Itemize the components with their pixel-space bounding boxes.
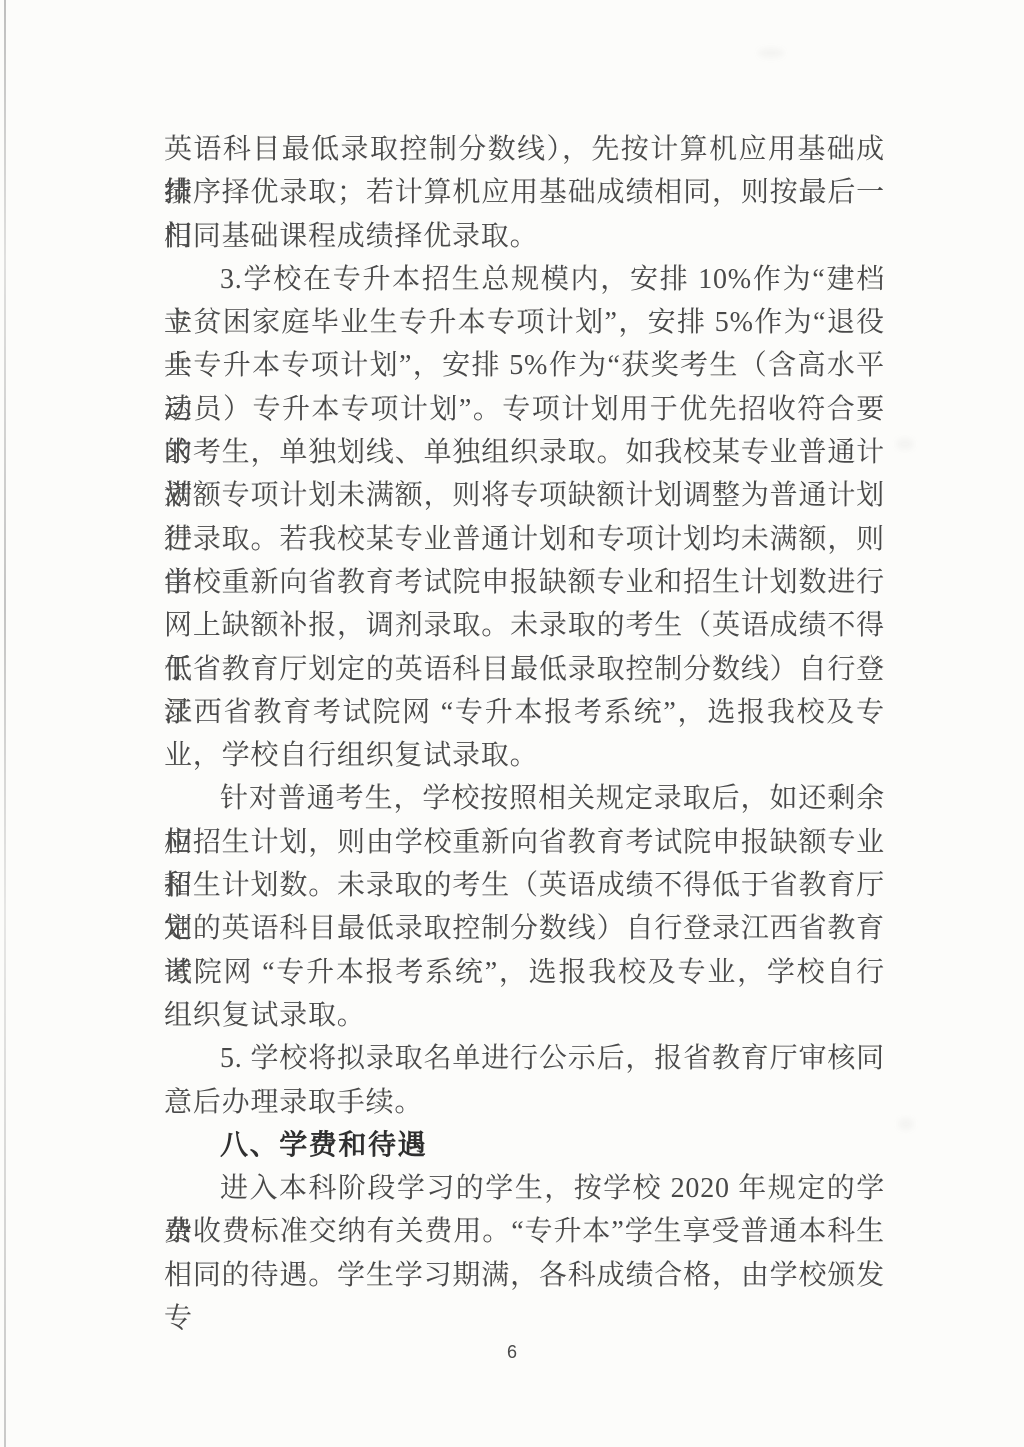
text-line: 兵专升本专项计划”，安排 5%作为“获奖考生（含高水平运	[164, 344, 885, 387]
text-line: 试院网 “专升本报考系统”，选报我校及专业，学校自行	[164, 951, 885, 994]
text-line: 意后办理录取手续。	[164, 1081, 885, 1124]
document-text: 英语科目最低录取控制分数线），先按计算机应用基础成绩排序择优录取；若计算机应用基…	[164, 128, 885, 1297]
text-line: 定的英语科目最低录取控制分数线）自行登录江西省教育考	[164, 907, 885, 950]
text-line: 英语科目最低录取控制分数线），先按计算机应用基础成绩	[164, 128, 885, 171]
text-line: 江西省教育考试院网 “专升本报考系统”，选报我校及专	[164, 691, 885, 734]
page-number: 6	[0, 1342, 1024, 1363]
scan-artifact-line	[4, 0, 6, 1447]
scan-smudge	[758, 48, 784, 58]
text-line: 针对普通考生，学校按照相关规定录取后，如还剩余相	[164, 777, 885, 820]
text-line: 满额专项计划未满额，则将专项缺额计划调整为普通计划进	[164, 474, 885, 517]
text-line: 学校重新向省教育考试院申报缺额专业和招生计划数进行	[164, 561, 885, 604]
text-line: 行录取。若我校某专业普通计划和专项计划均未满额，则由	[164, 518, 885, 561]
text-line: 应招生计划，则由学校重新向省教育考试院申报缺额专业和	[164, 821, 885, 864]
text-line: 卡贫困家庭毕业生专升本专项计划”，安排 5%作为“退役士	[164, 301, 885, 344]
text-line: 3.学校在专升本招生总规模内，安排 10%作为“建档立	[164, 258, 885, 301]
text-line: 排序择优录取；若计算机应用基础成绩相同，则按最后一门	[164, 171, 885, 214]
text-line: 的考生，单独划线、单独组织录取。如我校某专业普通计划	[164, 431, 885, 474]
text-line: 进入本科阶段学习的学生，按学校 2020 年规定的学杂	[164, 1167, 885, 1210]
text-line: 组织复试录取。	[164, 994, 885, 1037]
text-line: 于省教育厅划定的英语科目最低录取控制分数线）自行登录	[164, 648, 885, 691]
text-line: 业，学校自行组织复试录取。	[164, 734, 885, 777]
scan-smudge	[898, 1118, 914, 1130]
section-heading: 八、学费和待遇	[164, 1124, 885, 1167]
text-line: 5. 学校将拟录取名单进行公示后，报省教育厅审核同	[164, 1037, 885, 1080]
text-line: 动员）专升本专项计划”。专项计划用于优先招收符合要求	[164, 388, 885, 431]
text-line: 招生计划数。未录取的考生（英语成绩不得低于省教育厅划	[164, 864, 885, 907]
text-line: 网上缺额补报，调剂录取。未录取的考生（英语成绩不得低	[164, 604, 885, 647]
document-page: 英语科目最低录取控制分数线），先按计算机应用基础成绩排序择优录取；若计算机应用基…	[0, 0, 1024, 1447]
text-line: 相同基础课程成绩择优录取。	[164, 215, 885, 258]
text-line: 费收费标准交纳有关费用。“专升本”学生享受普通本科生	[164, 1210, 885, 1253]
text-line: 相同的待遇。学生学习期满，各科成绩合格，由学校颁发专	[164, 1254, 885, 1297]
scan-smudge	[896, 438, 914, 450]
